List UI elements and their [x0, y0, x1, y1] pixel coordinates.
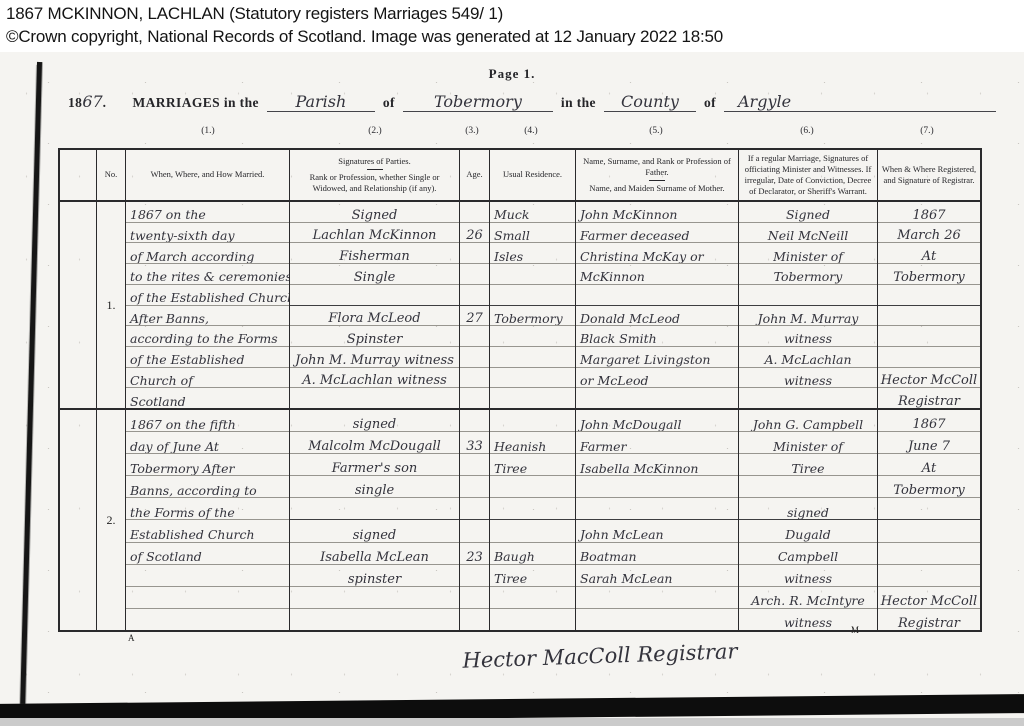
entry1-signatures: SignedLachlan McKinnonFishermanSingleFlo… [290, 202, 460, 410]
entry2-ages: 3323 [460, 410, 490, 630]
title-marriages: MARRIAGES in the [132, 95, 258, 110]
page-number-label: Page 1. [0, 66, 1024, 82]
register-line [460, 410, 489, 432]
register-line [576, 498, 738, 520]
register-line: Established Church [126, 520, 289, 542]
register-line [460, 476, 489, 498]
register-line: John G. Campbell [739, 410, 877, 432]
register-line: Christina McKay or [576, 243, 738, 264]
register-line [460, 565, 489, 587]
register-line [490, 410, 575, 432]
register-line [878, 520, 980, 542]
header-minister-label: If a regular Marriage, Signatures of off… [741, 153, 875, 197]
register-line: At [878, 454, 980, 476]
entry1-residences: MuckSmallIslesTobermory [490, 202, 576, 410]
register-line: 1867 [878, 410, 980, 432]
register-line: signed [290, 410, 459, 432]
register-line: McKinnon [576, 264, 738, 285]
register-line [460, 243, 489, 264]
column-number-1: (1.) [201, 126, 214, 136]
printers-mark-m: M [851, 625, 859, 635]
register-line: 1867 on the fifth [126, 410, 289, 432]
column-number-3: (3.) [465, 126, 478, 136]
register-line [490, 326, 575, 347]
register-line: 23 [460, 543, 489, 565]
register-line: After Banns, [126, 306, 289, 327]
register-line: Baugh [490, 543, 575, 565]
register-line [460, 202, 489, 223]
viewer-header: 1867 MCKINNON, LACHLAN (Statutory regist… [6, 2, 1016, 49]
title-county-handwritten: County [604, 92, 696, 112]
column-number-5: (5.) [649, 126, 662, 136]
register-line: John M. Murray witness [290, 347, 459, 368]
header-margin-cell [60, 150, 97, 202]
title-year-printed: 18 [68, 95, 82, 110]
marriage-register-table: No. When, Where, and How Married. Signat… [58, 148, 982, 632]
register-line [878, 326, 980, 347]
register-line [739, 285, 877, 306]
register-line: Lachlan McKinnon [290, 223, 459, 244]
register-line: Signed [290, 202, 459, 223]
register-line: signed [739, 498, 877, 520]
register-line: Arch. R. McIntyre [739, 587, 877, 609]
register-line [576, 609, 738, 630]
register-line: Registrar [878, 609, 980, 630]
register-line: Isabella McLean [290, 543, 459, 565]
entry2-registration: 1867June 7AtTobermoryHector McCollRegist… [878, 410, 980, 630]
register-line: Sarah McLean [576, 565, 738, 587]
header-residence-label: Usual Residence. [503, 169, 562, 180]
register-line [490, 498, 575, 520]
register-line: Hector McColl [878, 368, 980, 389]
register-line [490, 520, 575, 542]
title-parish-handwritten: Parish [267, 92, 375, 112]
register-line [290, 609, 459, 630]
register-line: of the Established Church [126, 285, 289, 306]
header-residence: Usual Residence. [490, 150, 576, 202]
title-of-1: of [383, 95, 395, 110]
register-line: Farmer [576, 432, 738, 454]
entry2-when-where-how: 1867 on the fifthday of June AtTobermory… [126, 410, 290, 630]
register-line [490, 264, 575, 285]
register-line: Spinster [290, 326, 459, 347]
register-line [878, 543, 980, 565]
register-line: A. McLachlan [739, 347, 877, 368]
register-line: 26 [460, 223, 489, 244]
register-line: 33 [460, 432, 489, 454]
register-line [290, 388, 459, 408]
register-line: Tobermory After [126, 454, 289, 476]
header-signatures: Signatures of Parties. Rank or Professio… [290, 150, 460, 202]
register-line: signed [290, 520, 459, 542]
register-line [878, 498, 980, 520]
register-line: Registrar [878, 388, 980, 408]
register-line: Farmer deceased [576, 223, 738, 244]
register-line [490, 587, 575, 609]
register-line [460, 498, 489, 520]
register-line: Isabella McKinnon [576, 454, 738, 476]
entry2-number: 2. [97, 410, 126, 630]
register-line: witness [739, 368, 877, 389]
register-line [576, 285, 738, 306]
register-line [576, 388, 738, 408]
record-title: 1867 MCKINNON, LACHLAN (Statutory regist… [6, 2, 1016, 25]
register-line [878, 285, 980, 306]
register-line: 1867 [878, 202, 980, 223]
entry1-margin-cell [60, 202, 97, 410]
register-line: Tobermory [878, 476, 980, 498]
column-number-2: (2.) [368, 126, 381, 136]
register-line [490, 368, 575, 389]
register-line [490, 347, 575, 368]
register-line: Margaret Livingston [576, 347, 738, 368]
register-line: to the rites & ceremonies [126, 264, 289, 285]
register-line: Tiree [739, 454, 877, 476]
header-mother-label: Name, and Maiden Surname of Mother. [589, 183, 724, 194]
title-year-dot: . [103, 95, 107, 110]
header-minister-witnesses: If a regular Marriage, Signatures of off… [739, 150, 878, 202]
register-line: Small [490, 223, 575, 244]
register-line: witness [739, 565, 877, 587]
register-line: Single [290, 264, 459, 285]
register-line [126, 565, 289, 587]
register-line: single [290, 476, 459, 498]
register-line: Tiree [490, 454, 575, 476]
register-line: Tobermory [878, 264, 980, 285]
register-line: Isles [490, 243, 575, 264]
register-line [126, 587, 289, 609]
entry1-number: 1. [97, 202, 126, 410]
register-line [490, 609, 575, 630]
entry2-parents: John McDougallFarmerIsabella McKinnonJoh… [576, 410, 739, 630]
entry1-minister-witnesses: SignedNeil McNeillMinister ofTobermoryJo… [739, 202, 878, 410]
register-line: Tobermory [490, 306, 575, 327]
header-divider [649, 180, 665, 181]
register-line [460, 368, 489, 389]
register-line: March 26 [878, 223, 980, 244]
header-age: Age. [460, 150, 490, 202]
header-divider [367, 169, 383, 170]
register-line: John McDougall [576, 410, 738, 432]
register-line: or McLeod [576, 368, 738, 389]
register-line: Church of [126, 368, 289, 389]
register-line: according to the Forms [126, 326, 289, 347]
register-line: spinster [290, 565, 459, 587]
register-line [460, 285, 489, 306]
register-line [490, 285, 575, 306]
header-signatures-label-b: Rank or Profession, whether Single or Wi… [292, 172, 457, 194]
register-line [126, 609, 289, 630]
register-line [739, 388, 877, 408]
register-line: Dugald [739, 520, 877, 542]
register-line [460, 264, 489, 285]
register-line: Muck [490, 202, 575, 223]
register-line [878, 347, 980, 368]
register-line: John M. Murray [739, 306, 877, 327]
register-line: Tiree [490, 565, 575, 587]
register-line: Black Smith [576, 326, 738, 347]
register-line: Campbell [739, 543, 877, 565]
register-line: Hector McColl [878, 587, 980, 609]
register-line: John McKinnon [576, 202, 738, 223]
register-line: Signed [739, 202, 877, 223]
register-title: 1867. MARRIAGES in the Parish of Tobermo… [68, 92, 980, 120]
register-line: of March according [126, 243, 289, 264]
register-line: Donald McLeod [576, 306, 738, 327]
register-line [878, 565, 980, 587]
register-line: Fisherman [290, 243, 459, 264]
register-line: witness [739, 326, 877, 347]
register-line [878, 306, 980, 327]
register-line: Banns, according to [126, 476, 289, 498]
header-no-label: No. [105, 169, 118, 180]
entry1-ages: 2627 [460, 202, 490, 410]
title-place-handwritten: Tobermory [403, 92, 553, 112]
register-line [460, 326, 489, 347]
register-line: Scotland [126, 388, 289, 408]
register-line: Minister of [739, 243, 877, 264]
entry1-registration: 1867March 26AtTobermoryHector McCollRegi… [878, 202, 980, 410]
header-no: No. [97, 150, 126, 202]
printers-mark-a: A [128, 633, 135, 643]
header-age-label: Age. [466, 169, 482, 180]
register-line [290, 285, 459, 306]
register-line [290, 498, 459, 520]
header-signatures-label-a: Signatures of Parties. [338, 156, 410, 167]
register-line [490, 388, 575, 408]
title-of-2: of [704, 95, 716, 110]
entry2-minister-witnesses: John G. CampbellMinister ofTireesignedDu… [739, 410, 878, 630]
scan-edge-strip [0, 718, 1024, 726]
register-line: Boatman [576, 543, 738, 565]
column-number-6: (6.) [800, 126, 813, 136]
register-line [490, 476, 575, 498]
register-line: Tobermory [739, 264, 877, 285]
register-line: twenty-sixth day [126, 223, 289, 244]
register-line: June 7 [878, 432, 980, 454]
header-registered: When & Where Registered, and Signature o… [878, 150, 980, 202]
register-line: Malcolm McDougall [290, 432, 459, 454]
register-line [739, 476, 877, 498]
register-line: Neil McNeill [739, 223, 877, 244]
register-line: Minister of [739, 432, 877, 454]
title-in-the: in the [561, 95, 596, 110]
register-line: A. McLachlan witness [290, 368, 459, 389]
register-line [460, 587, 489, 609]
entry2-signatures: signedMalcolm McDougallFarmer's sonsingl… [290, 410, 460, 630]
entry2-margin-cell [60, 410, 97, 630]
header-when-label: When, Where, and How Married. [151, 169, 265, 180]
entry2-residences: HeanishTireeBaughTiree [490, 410, 576, 630]
title-shire-handwritten: Argyle [724, 92, 996, 112]
register-line [576, 476, 738, 498]
title-year-handwritten: 67 [82, 92, 102, 111]
register-line: of the Established [126, 347, 289, 368]
register-line: the Forms of the [126, 498, 289, 520]
register-line [460, 609, 489, 630]
register-line: Heanish [490, 432, 575, 454]
register-line: 1867 on the [126, 202, 289, 223]
register-line: At [878, 243, 980, 264]
register-line: 27 [460, 306, 489, 327]
register-line: day of June At [126, 432, 289, 454]
register-line [460, 388, 489, 408]
copyright-line: ©Crown copyright, National Records of Sc… [6, 25, 1016, 48]
register-line [576, 587, 738, 609]
entry1-parents: John McKinnonFarmer deceasedChristina Mc… [576, 202, 739, 410]
register-line: Farmer's son [290, 454, 459, 476]
register-line [460, 347, 489, 368]
register-line: of Scotland [126, 543, 289, 565]
column-number-4: (4.) [524, 126, 537, 136]
register-line [460, 520, 489, 542]
header-father-label: Name, Surname, and Rank or Profession of… [578, 156, 736, 178]
register-line [460, 454, 489, 476]
register-line: Flora McLeod [290, 306, 459, 327]
entry1-when-where-how: 1867 on thetwenty-sixth dayof March acco… [126, 202, 290, 410]
header-parents: Name, Surname, and Rank or Profession of… [576, 150, 739, 202]
header-registered-label: When & Where Registered, and Signature o… [880, 164, 978, 186]
register-line [290, 587, 459, 609]
column-number-7: (7.) [920, 126, 933, 136]
register-line: John McLean [576, 520, 738, 542]
header-when-where-how: When, Where, and How Married. [126, 150, 290, 202]
